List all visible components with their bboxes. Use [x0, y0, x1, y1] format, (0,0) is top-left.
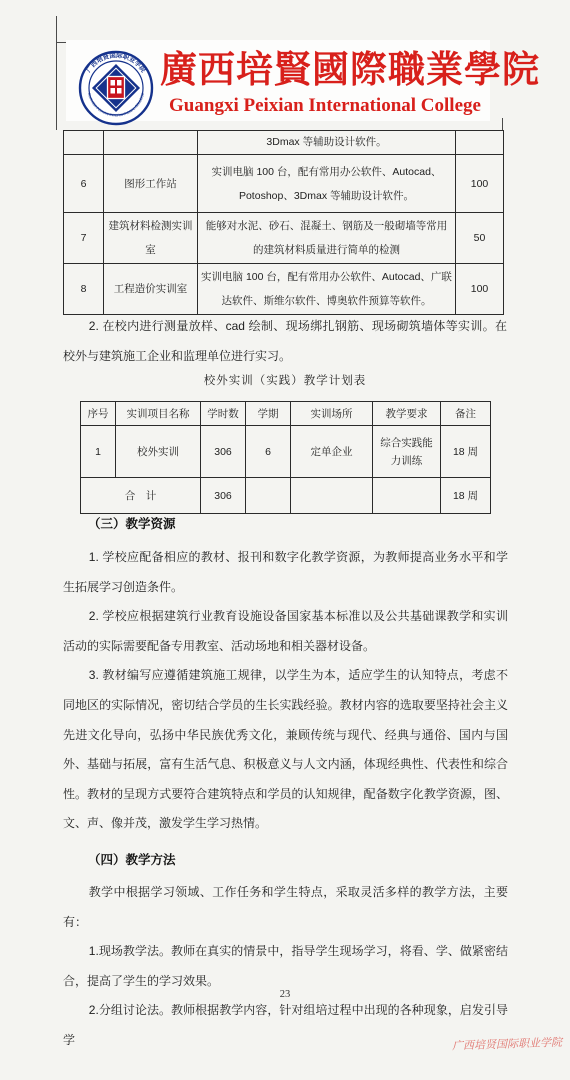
cell-hours: 306	[201, 426, 246, 478]
cell-hours: 306	[201, 478, 246, 514]
cell-place: 定单企业	[291, 426, 373, 478]
cell-requirement: 综合实践能力训练	[373, 426, 441, 478]
cell-capacity: 100	[456, 155, 504, 213]
cell-empty	[291, 478, 373, 514]
cell-empty	[456, 131, 504, 155]
cell-note: 18 周	[441, 426, 491, 478]
paragraph: 2. 学校应根据建筑行业教育设施设备国家基本标准以及公共基础课教学和实训活动的实…	[63, 602, 508, 661]
paragraph: 1. 学校应配备相应的教材、报刊和数字化教学资源，为教师提高业务水平和学生拓展学…	[63, 543, 508, 602]
header-cell-hours: 学时数	[201, 402, 246, 426]
header-cell-no: 序号	[81, 402, 116, 426]
cell-name: 图形工作站	[104, 155, 198, 213]
table-total-row: 合 计 306 18 周	[81, 478, 491, 514]
cell-description: 实训电脑 100 台，配有常用办公软件、Autocad、Potoshop、3Dm…	[198, 155, 456, 213]
college-name-english: Guangxi Peixian International College	[160, 94, 490, 118]
header-cell-place: 实训场所	[291, 402, 373, 426]
cell-no: 1	[81, 426, 116, 478]
cell-name: 校外实训	[116, 426, 201, 478]
cell-empty	[104, 131, 198, 155]
college-name-chinese: 廣西培賢國際職業學院	[160, 48, 490, 94]
cell-name: 工程造价实训室	[104, 264, 198, 315]
table-row: 6 图形工作站 实训电脑 100 台，配有常用办公软件、Autocad、Poto…	[64, 155, 504, 213]
equipment-table: 3Dmax 等辅助设计软件。 6 图形工作站 实训电脑 100 台，配有常用办公…	[63, 130, 504, 315]
cell-no: 8	[64, 264, 104, 315]
table-row: 8 工程造价实训室 实训电脑 100 台，配有常用办公软件、Autocad、广联…	[64, 264, 504, 315]
cell-description: 实训电脑 100 台，配有常用办公软件、Autocad、广联达软件、斯维尔软件、…	[198, 264, 456, 315]
header-cell-note: 备注	[441, 402, 491, 426]
cell-capacity: 100	[456, 264, 504, 315]
table-row: 7 建筑材料检测实训室 能够对水泥、砂石、混凝土、钢筋及一般砌墙等常用的建筑材料…	[64, 213, 504, 264]
cell-total-label: 合 计	[81, 478, 201, 514]
table-row: 1 校外实训 306 6 定单企业 综合实践能力训练 18 周	[81, 426, 491, 478]
paragraph: 3. 教材编写应遵循建筑施工规律，以学生为本，适应学生的认知特点，考虑不同地区的…	[63, 661, 508, 839]
cell-empty	[64, 131, 104, 155]
paragraph: 1.现场教学法。教师在真实的情景中，指导学生现场学习，将看、学、做紧密结合，提高…	[63, 937, 508, 996]
header-cell-name: 实训项目名称	[116, 402, 201, 426]
header-cell-requirement: 教学要求	[373, 402, 441, 426]
section-heading-teaching-resources: （三）教学资源	[63, 511, 508, 537]
cell-description: 能够对水泥、砂石、混凝土、钢筋及一般砌墙等常用的建筑材料质量进行简单的检测	[198, 213, 456, 264]
cell-capacity: 50	[456, 213, 504, 264]
practice-table-title: 校外实训（实践）教学计划表	[63, 372, 507, 392]
cell-no: 6	[64, 155, 104, 213]
college-seal-logo: 广西培贤国际职业学院 GUANGXI PEIXIAN INTERNATIONAL…	[78, 50, 154, 126]
cell-no: 7	[64, 213, 104, 264]
document-body: （三）教学资源 1. 学校应配备相应的教材、报刊和数字化教学资源，为教师提高业务…	[63, 511, 508, 1056]
paragraph: 教学中根据学习领域、工作任务和学生特点，采取灵活多样的教学方法，主要有：	[63, 878, 508, 937]
table-split-border-left	[56, 16, 57, 130]
header-cell-semester: 学期	[246, 402, 291, 426]
practice-table: 序号 实训项目名称 学时数 学期 实训场所 教学要求 备注 1 校外实训 306…	[80, 401, 491, 514]
cell-note: 18 周	[441, 478, 491, 514]
college-header: 广西培贤国际职业学院 GUANGXI PEIXIAN INTERNATIONAL…	[66, 40, 490, 121]
cell-description: 3Dmax 等辅助设计软件。	[198, 131, 456, 155]
page-number: 23	[63, 989, 507, 1000]
cell-empty	[373, 478, 441, 514]
college-watermark: 广西培贤国际职业学院	[430, 1034, 563, 1057]
table-header-row: 序号 实训项目名称 学时数 学期 实训场所 教学要求 备注	[81, 402, 491, 426]
cell-name: 建筑材料检测实训室	[104, 213, 198, 264]
table-row-carryover: 3Dmax 等辅助设计软件。	[64, 131, 504, 155]
cell-empty	[246, 478, 291, 514]
section-heading-teaching-methods: （四）教学方法	[63, 847, 508, 873]
cell-semester: 6	[246, 426, 291, 478]
paragraph-campus-training: 2. 在校内进行测量放样、cad 绘制、现场绑扎钢筋、现场砌筑墙体等实训。在校外…	[63, 312, 507, 371]
